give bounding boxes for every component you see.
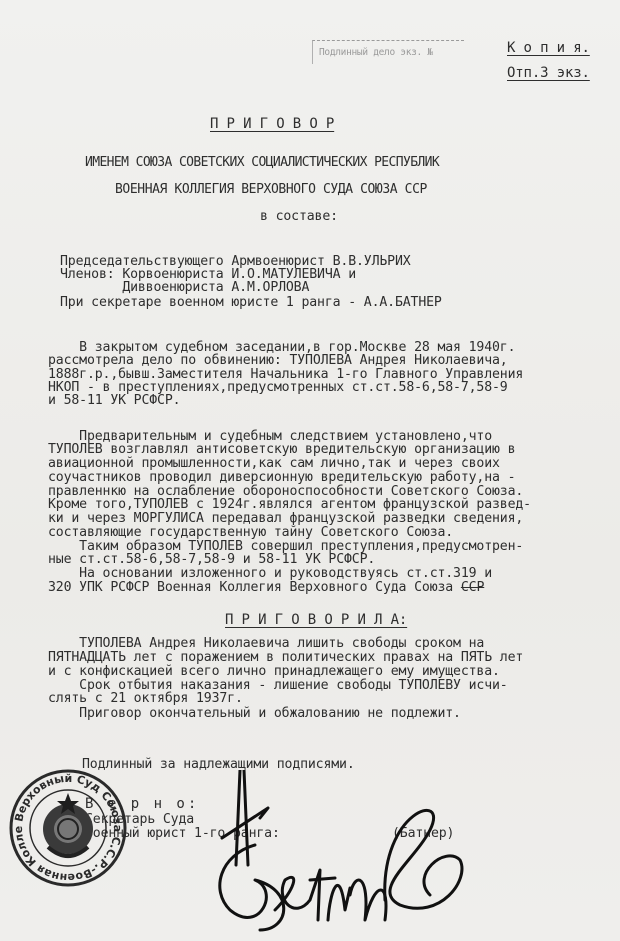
verdict-title: П Р И Г О В О Р И Л А:	[225, 614, 407, 628]
text-line: составляющие государственную тайну Совет…	[48, 526, 453, 540]
text-line: Приговор окончательный и обжалованию не …	[48, 707, 461, 721]
text-line: 320 УПК РСФСР Военная Коллегия Верховног…	[48, 581, 484, 595]
text-line: соучастников проводил диверсионную вреди…	[48, 471, 515, 485]
composition-line: Диввоенюриста А.М.ОРЛОВА	[60, 281, 309, 295]
text-line: ТУПОЛЕВ возглавлял антисоветскую вредите…	[48, 443, 515, 457]
preamble-line-1: ИМЕНЕМ СОЮЗА СОВЕТСКИХ СОЦИАЛИСТИЧЕСКИХ …	[85, 156, 439, 170]
text-line: Кроме того,ТУПОЛЕВ с 1924г.являлся агент…	[48, 498, 531, 512]
text-line: ПЯТНАДЦАТЬ лет с поражением в политическ…	[48, 651, 523, 665]
composition-line: При секретаре военном юристе 1 ранга - А…	[60, 296, 442, 310]
text-line: ные ст.ст.58-6,58-7,58-9 и 58-11 УК РСФС…	[48, 553, 375, 567]
text-line: ТУПОЛЕВА Андрея Николаевича лишить свобо…	[48, 637, 484, 651]
text-line: авиационной промышленности,как сам лично…	[48, 457, 500, 471]
text-line: слять с 21 октября 1937г.	[48, 692, 243, 706]
text-line: и 58-11 УК РСФСР.	[48, 394, 180, 408]
preamble-line-2: ВОЕННАЯ КОЛЛЕГИЯ ВЕРХОВНОГО СУДА СОЮЗА С…	[115, 183, 427, 197]
document-page: Подлинный дело экз. № К о п и я. Отп.3 э…	[0, 0, 620, 941]
text-line: ки и через МОРГУЛИСА передавал французск…	[48, 512, 523, 526]
text-fragment: 320 УПК РСФСР Военная Коллегия Верховног…	[48, 580, 461, 595]
copies-label: Отп.3 экз.	[507, 67, 590, 81]
text-line: На основании изложенного и руководствуяс…	[48, 567, 492, 581]
court-seal-icon: Верховный Суд Союза С.С.Р.-Военная Колле…	[8, 767, 128, 889]
text-line: и с конфискацией всего лично принадлежащ…	[48, 665, 500, 679]
preamble-line-3: в составе:	[260, 210, 338, 224]
copy-label: К о п и я.	[507, 42, 590, 56]
document-title: П Р И Г О В О Р	[210, 118, 334, 132]
text-line: рассмотрела дело по обвинению: ТУПОЛЕВА …	[48, 354, 508, 368]
archive-stamp: Подлинный дело экз. №	[312, 40, 464, 64]
struck-text: ССР	[461, 580, 484, 595]
signature-icon	[200, 770, 480, 940]
